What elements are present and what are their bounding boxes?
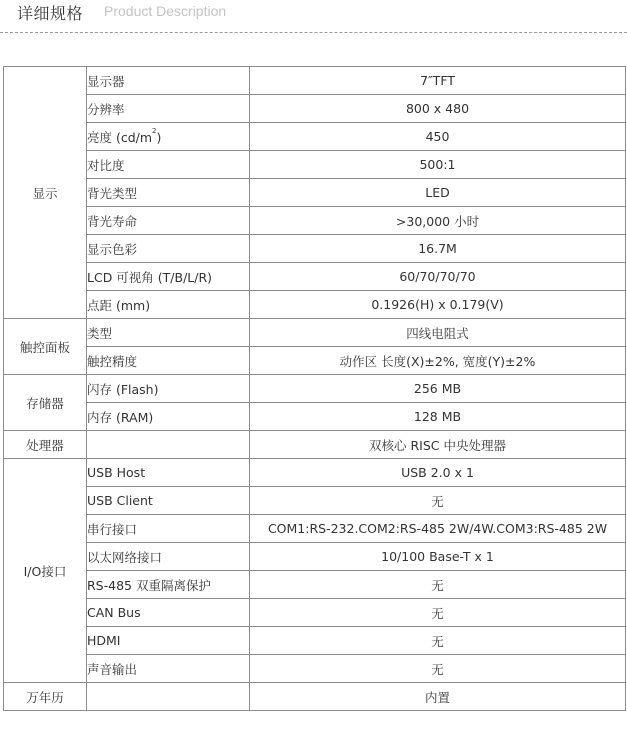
value-cell: 450 [250, 123, 626, 151]
value-cell: 10/100 Base-T x 1 [250, 543, 626, 571]
item-cell: 声音输出 [87, 655, 250, 683]
item-cell: 类型 [87, 319, 250, 347]
table-row: 处理器 双核心 RISC 中央处理器 [4, 431, 626, 459]
table-row: 背光寿命 >30,000 小时 [4, 207, 626, 235]
value-cell: LED [250, 179, 626, 207]
superscript: 2 [152, 127, 156, 135]
value-cell: 双核心 RISC 中央处理器 [250, 431, 626, 459]
item-cell: 分辨率 [87, 95, 250, 123]
item-cell: 闪存 (Flash) [87, 375, 250, 403]
category-cell-memory: 存储器 [4, 375, 87, 431]
section-title: 详细规格 [17, 1, 83, 24]
category-cell-touch-panel: 触控面板 [4, 319, 87, 375]
item-cell: 对比度 [87, 151, 250, 179]
value-cell: 无 [250, 571, 626, 599]
table-row: RS-485 双重隔离保护 无 [4, 571, 626, 599]
item-cell: 显示色彩 [87, 235, 250, 263]
item-cell: 背光寿命 [87, 207, 250, 235]
category-cell-calendar: 万年历 [4, 683, 87, 711]
section-header: 详细规格 Product Description [0, 0, 627, 33]
table-row: CAN Bus 无 [4, 599, 626, 627]
table-row: 万年历 内置 [4, 683, 626, 711]
category-cell-processor: 处理器 [4, 431, 87, 459]
value-cell: 无 [250, 655, 626, 683]
item-cell: 串行接口 [87, 515, 250, 543]
table-row: 内存 (RAM) 128 MB [4, 403, 626, 431]
item-cell: USB Host [87, 459, 250, 487]
item-cell [87, 431, 250, 459]
value-cell: 256 MB [250, 375, 626, 403]
value-cell: USB 2.0 x 1 [250, 459, 626, 487]
table-row: HDMI 无 [4, 627, 626, 655]
value-cell: 内置 [250, 683, 626, 711]
table-row: 背光类型 LED [4, 179, 626, 207]
item-cell: LCD 可视角 (T/B/L/R) [87, 263, 250, 291]
item-cell [87, 683, 250, 711]
item-cell: 点距 (mm) [87, 291, 250, 319]
table-row: I/O接口 USB Host USB 2.0 x 1 [4, 459, 626, 487]
category-cell-display: 显示 [4, 67, 87, 319]
value-cell: 800 x 480 [250, 95, 626, 123]
value-cell: 四线电阻式 [250, 319, 626, 347]
table-row: 亮度 (cd/m2) 450 [4, 123, 626, 151]
table-row: 显示 显示器 7″TFT [4, 67, 626, 95]
value-cell: COM1:RS-232.COM2:RS-485 2W/4W.COM3:RS-48… [250, 515, 626, 543]
value-cell: 无 [250, 599, 626, 627]
table-row: USB Client 无 [4, 487, 626, 515]
table-row: 触控精度 动作区 长度(X)±2%, 宽度(Y)±2% [4, 347, 626, 375]
item-cell: CAN Bus [87, 599, 250, 627]
value-cell: 500:1 [250, 151, 626, 179]
value-cell: 60/70/70/70 [250, 263, 626, 291]
value-cell: 7″TFT [250, 67, 626, 95]
table-row: 对比度 500:1 [4, 151, 626, 179]
value-cell: 动作区 长度(X)±2%, 宽度(Y)±2% [250, 347, 626, 375]
table-row: 分辨率 800 x 480 [4, 95, 626, 123]
item-cell: 内存 (RAM) [87, 403, 250, 431]
table-row: 存储器 闪存 (Flash) 256 MB [4, 375, 626, 403]
value-cell: 128 MB [250, 403, 626, 431]
item-cell: 以太网络接口 [87, 543, 250, 571]
value-cell: 无 [250, 627, 626, 655]
table-row: LCD 可视角 (T/B/L/R) 60/70/70/70 [4, 263, 626, 291]
spec-table: 显示 显示器 7″TFT 分辨率 800 x 480 亮度 (cd/m2) 45… [3, 66, 626, 711]
item-text-suffix: ) [157, 130, 162, 145]
item-cell: USB Client [87, 487, 250, 515]
item-cell: HDMI [87, 627, 250, 655]
table-row: 串行接口 COM1:RS-232.COM2:RS-485 2W/4W.COM3:… [4, 515, 626, 543]
item-cell: 触控精度 [87, 347, 250, 375]
value-cell: >30,000 小时 [250, 207, 626, 235]
item-cell: RS-485 双重隔离保护 [87, 571, 250, 599]
section-subtitle: Product Description [104, 3, 226, 19]
table-row: 声音输出 无 [4, 655, 626, 683]
item-cell: 背光类型 [87, 179, 250, 207]
table-row: 点距 (mm) 0.1926(H) x 0.179(V) [4, 291, 626, 319]
table-row: 显示色彩 16.7M [4, 235, 626, 263]
item-cell: 亮度 (cd/m2) [87, 123, 250, 151]
table-row: 以太网络接口 10/100 Base-T x 1 [4, 543, 626, 571]
category-cell-io: I/O接口 [4, 459, 87, 683]
value-cell: 16.7M [250, 235, 626, 263]
table-row: 触控面板 类型 四线电阻式 [4, 319, 626, 347]
value-cell: 0.1926(H) x 0.179(V) [250, 291, 626, 319]
item-cell: 显示器 [87, 67, 250, 95]
item-text: 亮度 (cd/m [87, 130, 152, 145]
value-cell: 无 [250, 487, 626, 515]
